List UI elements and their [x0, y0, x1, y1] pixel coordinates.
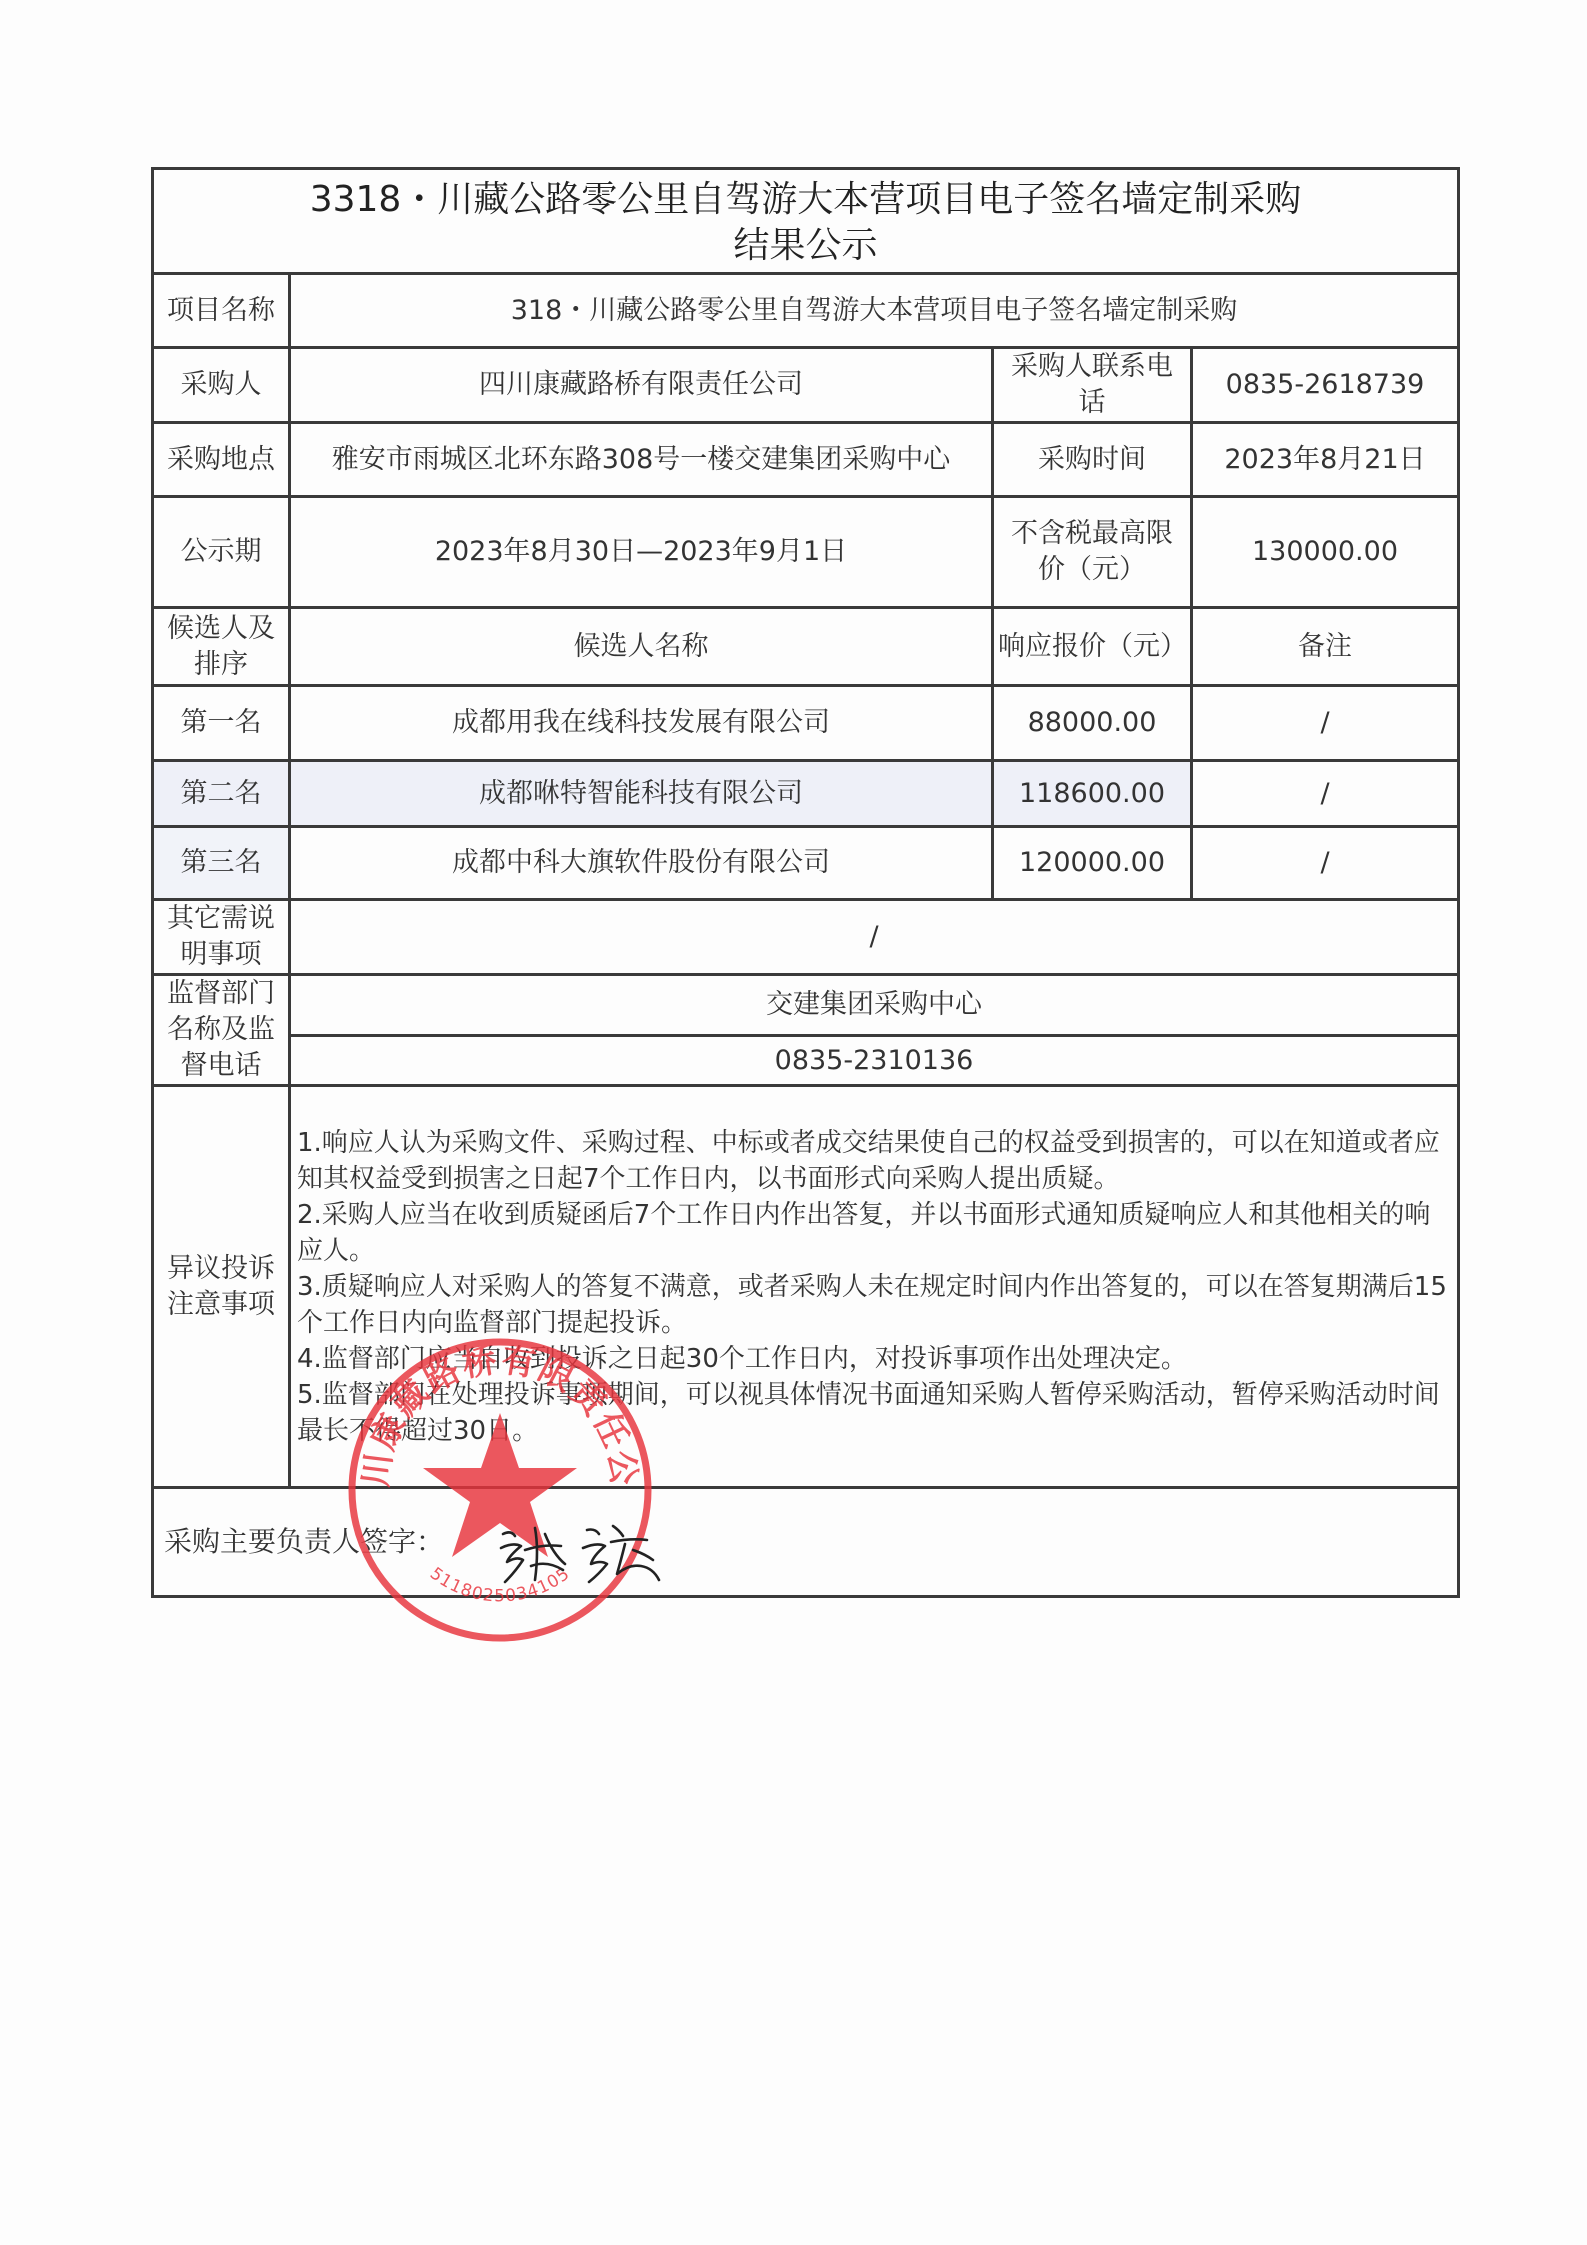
- candidate-rank: 第三名: [153, 827, 290, 900]
- complaint-note: 1.响应人认为采购文件、采购过程、中标或者成交结果使自己的权益受到损害的，可以在…: [297, 1125, 1453, 1197]
- supervision-dept: 交建集团采购中心: [290, 975, 1459, 1036]
- signature-label: 采购主要负责人签字：: [164, 1525, 444, 1558]
- max-price-label: 不含税最高限价（元）: [993, 497, 1192, 608]
- purchaser-value: 四川康藏路桥有限责任公司: [290, 348, 993, 423]
- project-name-value: 318・川藏公路零公里自驾游大本营项目电子签名墙定制采购: [290, 274, 1459, 348]
- candidate-rank: 第一名: [153, 686, 290, 761]
- candidate-rank-header: 候选人及排序: [153, 608, 290, 686]
- candidate-remark-header: 备注: [1192, 608, 1459, 686]
- candidate-price-header: 响应报价（元）: [993, 608, 1192, 686]
- other-matters-label: 其它需说明事项: [153, 900, 290, 975]
- candidate-name-header: 候选人名称: [290, 608, 993, 686]
- complaint-note: 4.监督部门应当自收到投诉之日起30个工作日内，对投诉事项作出处理决定。: [297, 1341, 1453, 1377]
- candidate-price: 88000.00: [993, 686, 1192, 761]
- publicity-period-label: 公示期: [153, 497, 290, 608]
- candidate-name: 成都咻特智能科技有限公司: [290, 761, 993, 827]
- complaint-note: 3.质疑响应人对采购人的答复不满意，或者采购人未在规定时间内作出答复的，可以在答…: [297, 1269, 1453, 1341]
- purchase-time-value: 2023年8月21日: [1192, 423, 1459, 497]
- purchaser-phone-label: 采购人联系电话: [993, 348, 1192, 423]
- location-value: 雅安市雨城区北环东路308号一楼交建集团采购中心: [290, 423, 993, 497]
- purchase-time-label: 采购时间: [993, 423, 1192, 497]
- purchaser-label: 采购人: [153, 348, 290, 423]
- title-line-1: 3318・川藏公路零公里自驾游大本营项目电子签名墙定制采购: [158, 177, 1453, 223]
- complaint-note: 5.监督部门在处理投诉事项期间，可以视具体情况书面通知采购人暂停采购活动，暂停采…: [297, 1377, 1453, 1449]
- candidate-remark: /: [1192, 686, 1459, 761]
- complaint-note: 2.采购人应当在收到质疑函后7个工作日内作出答复，并以书面形式通知质疑响应人和其…: [297, 1197, 1453, 1269]
- supervision-label: 监督部门名称及监督电话: [153, 975, 290, 1086]
- purchaser-phone-value: 0835-2618739: [1192, 348, 1459, 423]
- candidate-name: 成都用我在线科技发展有限公司: [290, 686, 993, 761]
- candidate-row: 第二名 成都咻特智能科技有限公司 118600.00 /: [153, 761, 1459, 827]
- candidate-price: 120000.00: [993, 827, 1192, 900]
- title-line-2: 结果公示: [158, 223, 1453, 269]
- supervision-phone: 0835-2310136: [290, 1036, 1459, 1086]
- complaints-notes: 1.响应人认为采购文件、采购过程、中标或者成交结果使自己的权益受到损害的，可以在…: [290, 1086, 1459, 1488]
- candidate-row: 第三名 成都中科大旗软件股份有限公司 120000.00 /: [153, 827, 1459, 900]
- candidate-remark: /: [1192, 761, 1459, 827]
- page-title: 3318・川藏公路零公里自驾游大本营项目电子签名墙定制采购 结果公示: [153, 169, 1459, 274]
- signature-row: 采购主要负责人签字：: [153, 1488, 1459, 1597]
- candidate-remark: /: [1192, 827, 1459, 900]
- announcement-table: 3318・川藏公路零公里自驾游大本营项目电子签名墙定制采购 结果公示 项目名称 …: [151, 167, 1460, 1598]
- candidate-row: 第一名 成都用我在线科技发展有限公司 88000.00 /: [153, 686, 1459, 761]
- project-name-label: 项目名称: [153, 274, 290, 348]
- publicity-period-value: 2023年8月30日—2023年9月1日: [290, 497, 993, 608]
- candidate-name: 成都中科大旗软件股份有限公司: [290, 827, 993, 900]
- candidate-price: 118600.00: [993, 761, 1192, 827]
- complaints-label: 异议投诉注意事项: [153, 1086, 290, 1488]
- location-label: 采购地点: [153, 423, 290, 497]
- max-price-value: 130000.00: [1192, 497, 1459, 608]
- candidate-rank: 第二名: [153, 761, 290, 827]
- other-matters-value: /: [290, 900, 1459, 975]
